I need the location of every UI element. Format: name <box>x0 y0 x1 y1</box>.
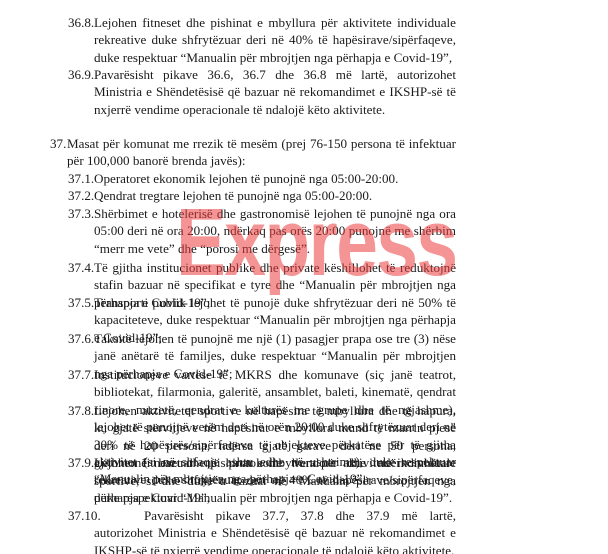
item-number: 37.3. <box>68 205 94 222</box>
document-page: 36.8. Lejohen fitneset dhe pishinat e mb… <box>0 0 608 554</box>
item-number: 37.6. <box>68 330 94 347</box>
item-number: 37.2. <box>68 187 94 204</box>
item-number: 37.8. <box>68 402 94 419</box>
item-text: Operatoret ekonomik lejohen të punojnë n… <box>94 170 456 187</box>
item-text: Qendrat tregtare lejohen të punojnë nga … <box>94 187 456 204</box>
item-text: Lejohen fitneset dhe pishinat e mbyllura… <box>94 14 456 66</box>
item-number: 37.9. <box>68 454 94 471</box>
item-number: 37.5. <box>68 294 94 311</box>
item-text: Pavarësisht pikave 37.7, 37.8 dhe 37.9 m… <box>94 507 456 554</box>
item-number: 37.1. <box>68 170 94 187</box>
item-text: Shërbimet e hotelerisë dhe gastronomisë … <box>94 205 456 257</box>
item-number: 36.9. <box>68 66 94 83</box>
item-text: Pavarësisht pikave 36.6, 36.7 dhe 36.8 m… <box>94 66 456 118</box>
item-text: Masat për komunat me rrezik të mesëm (pr… <box>67 135 456 170</box>
item-number: 37.4. <box>68 259 94 276</box>
item-text: Lejohen fitneset dhe pishinat e mbyllura… <box>94 454 456 506</box>
item-number: 37. <box>50 135 66 152</box>
item-number: 36.8. <box>68 14 94 31</box>
item-number: 37.7. <box>68 366 94 383</box>
